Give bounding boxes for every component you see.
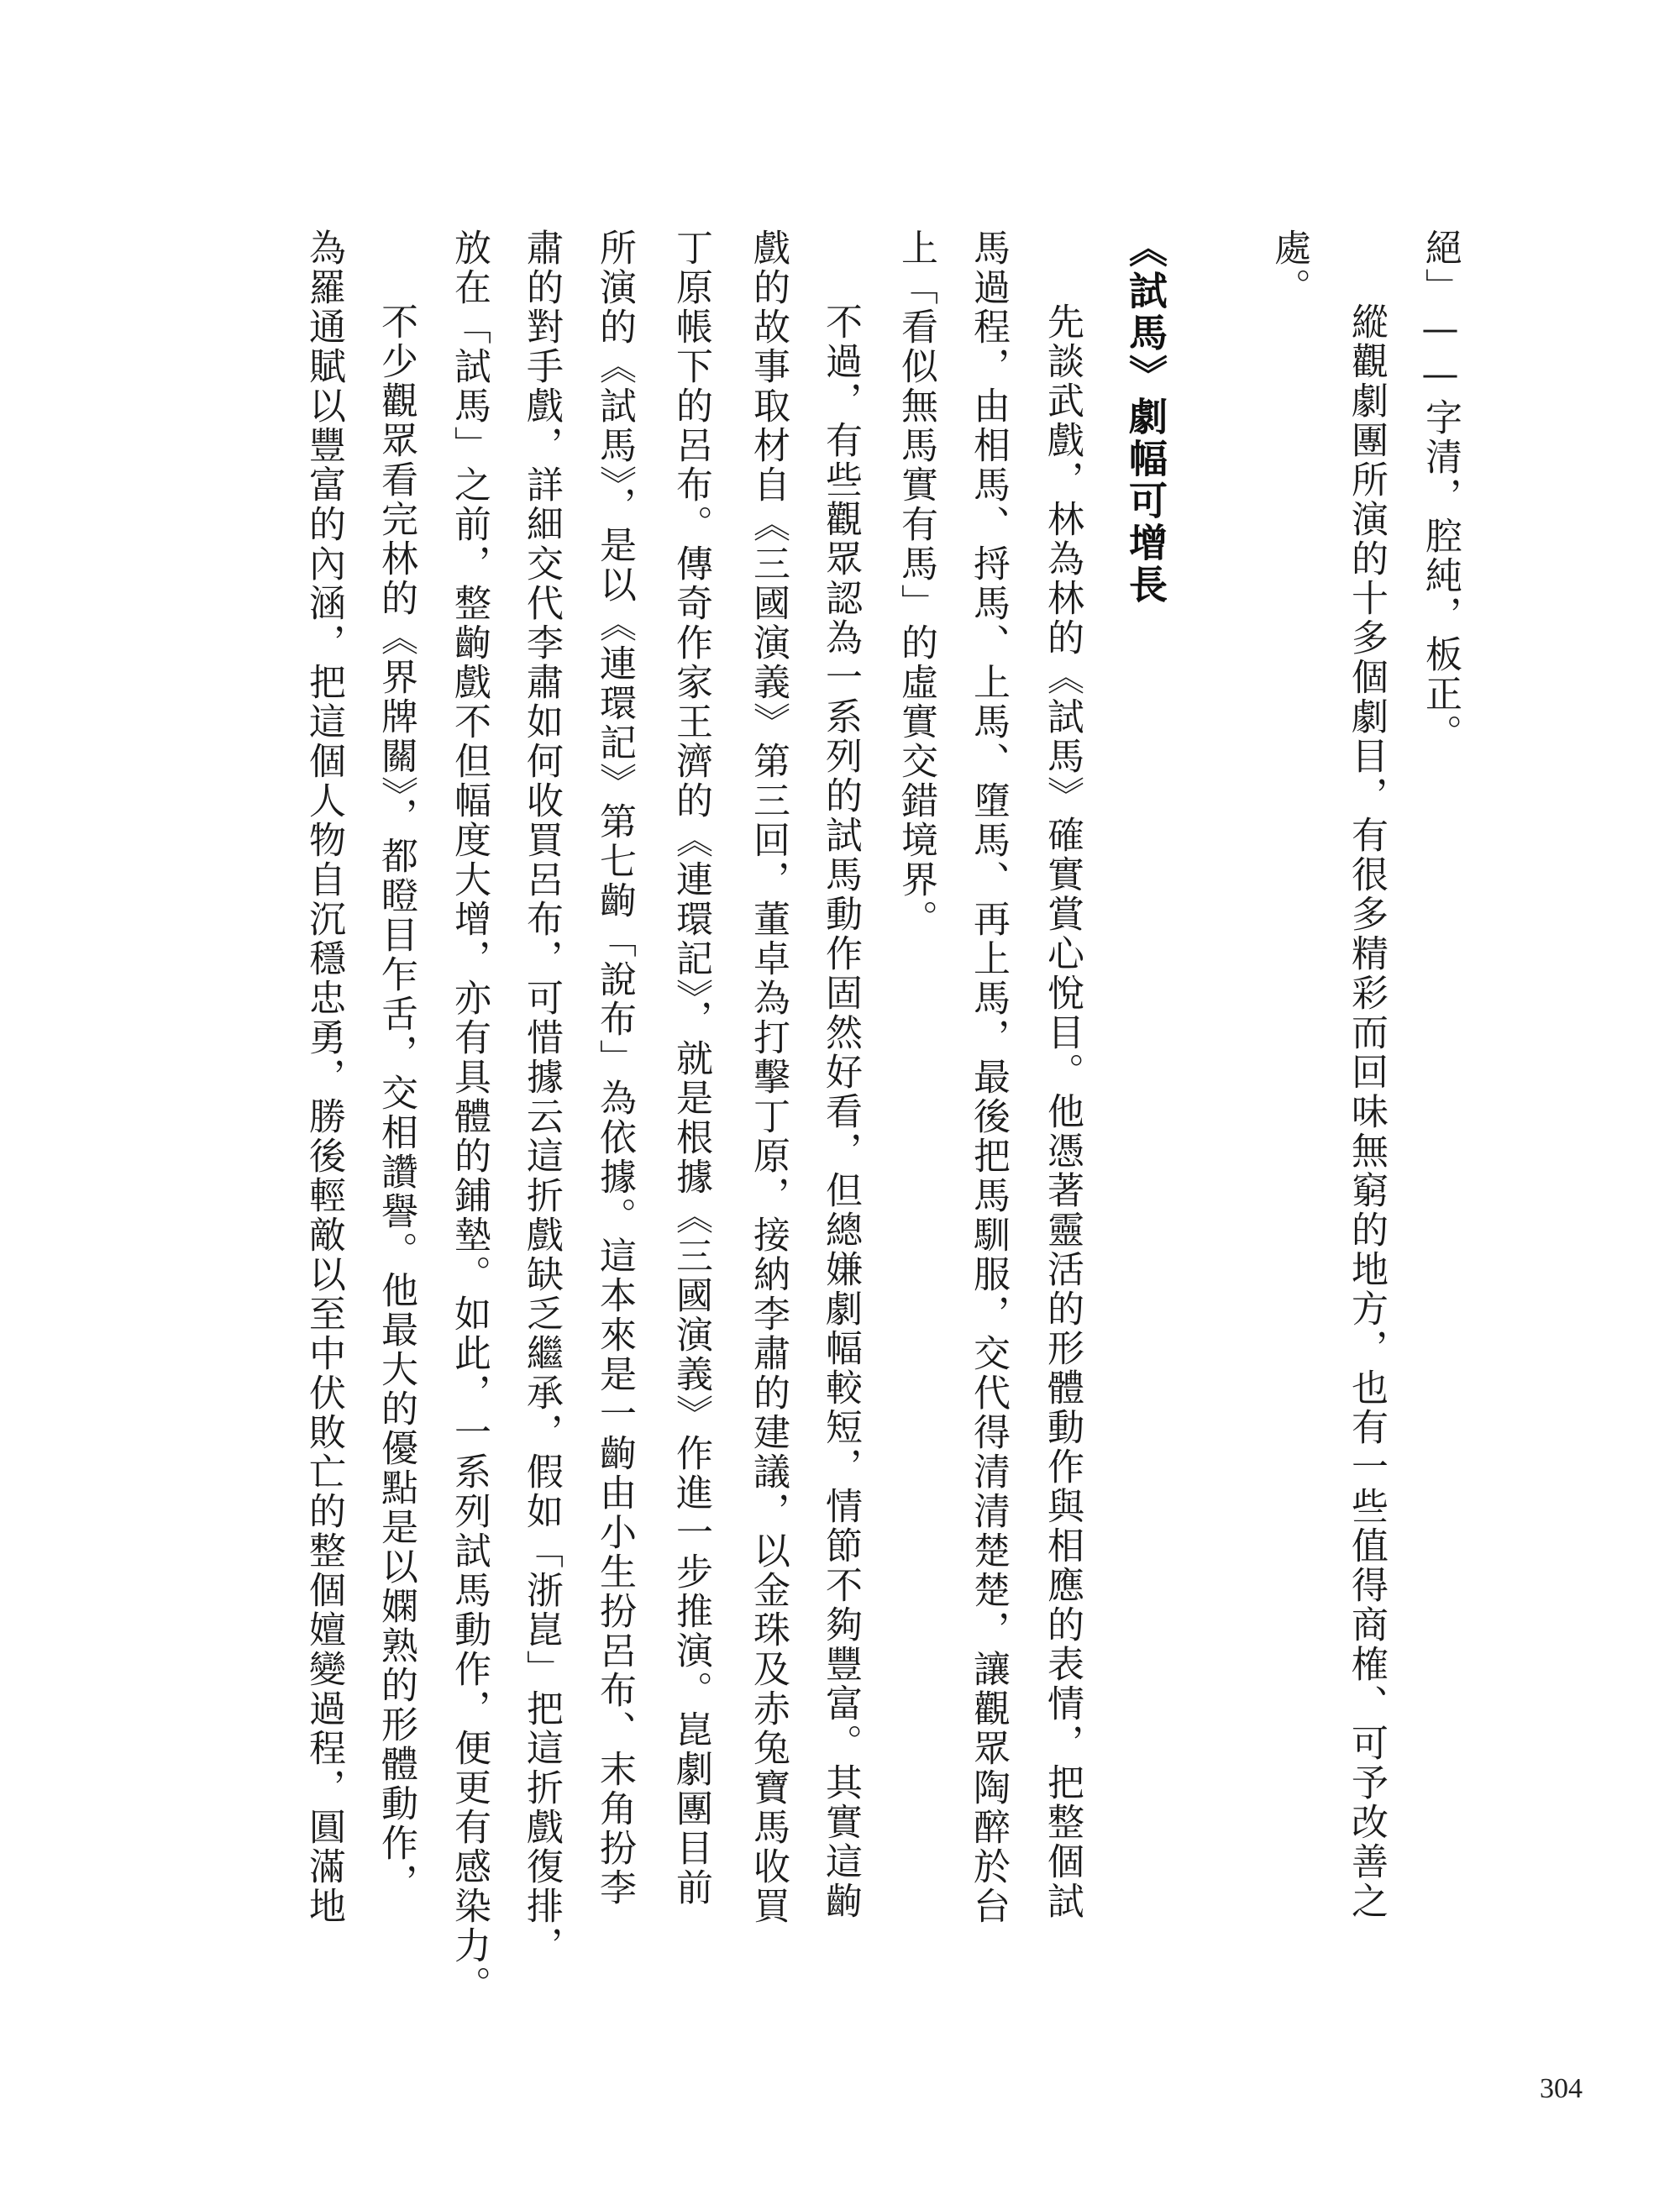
text-column-15: 為羅通賦以豐富的內涵，把這個人物自沉穩忠勇，勝後輕敵以至中伏敗亡的整個嬗變過程，…: [300, 228, 347, 2009]
text-column-8: 不過，有些觀眾認為一系列的試馬動作固然好看，但總嫌劇幅較短，情節不夠豐富。其實這…: [816, 302, 864, 2083]
text-column-5: 先談武戲，林為林的《試馬》確實賞心悅目。他憑著靈活的形體動作與相應的表情，把整個…: [1038, 302, 1085, 2083]
text-column-12: 肅的對手戲，詳細交代李肅如何收買呂布，可惜據云這折戲缺乏繼承，假如「浙崑」把這折…: [517, 228, 564, 2009]
book-page: 絕」——字清，腔純，板正。 縱觀劇團所演的十多個劇目，有很多精彩而回味無窮的地方…: [0, 0, 1680, 2205]
text-column-11: 所演的《試馬》，是以《連環記》第七齣「說布」為依據。這本來是一齣由小生扮呂布、末…: [591, 228, 638, 2009]
text-column-1: 絕」——字清，腔純，板正。: [1416, 228, 1463, 2009]
text-column-3: 處。: [1265, 228, 1312, 2009]
page-number: 304: [1540, 2073, 1583, 2105]
text-column-7: 上「看似無馬實有馬」的虛實交錯境界。: [892, 228, 939, 2009]
text-column-13: 放在「試馬」之前，整齣戲不但幅度大增，亦有具體的鋪墊。如此，一系列試馬動作，便更…: [445, 228, 492, 2009]
text-column-10: 丁原帳下的呂布。傳奇作家王濟的《連環記》，就是根據《三國演義》作進一步推演。崑劇…: [667, 228, 714, 2009]
text-column-6: 馬過程，由相馬、捋馬、上馬、墮馬、再上馬，最後把馬馴服，交代得清清楚楚，讓觀眾陶…: [964, 228, 1011, 2009]
text-column-2: 縱觀劇團所演的十多個劇目，有很多精彩而回味無窮的地方，也有一些值得商榷、可予改善…: [1342, 302, 1389, 2083]
text-column-9: 戲的故事取材自《三國演義》第三回，董卓為打擊丁原，接納李肅的建議，以金珠及赤兔寶…: [744, 228, 791, 2009]
text-column-14: 不少觀眾看完林的《界牌關》，都瞪目乍舌，交相讚譽。他最大的優點是以嫻熟的形體動作…: [372, 302, 419, 2083]
section-heading: 《試馬》劇幅可增長: [1122, 228, 1169, 2009]
